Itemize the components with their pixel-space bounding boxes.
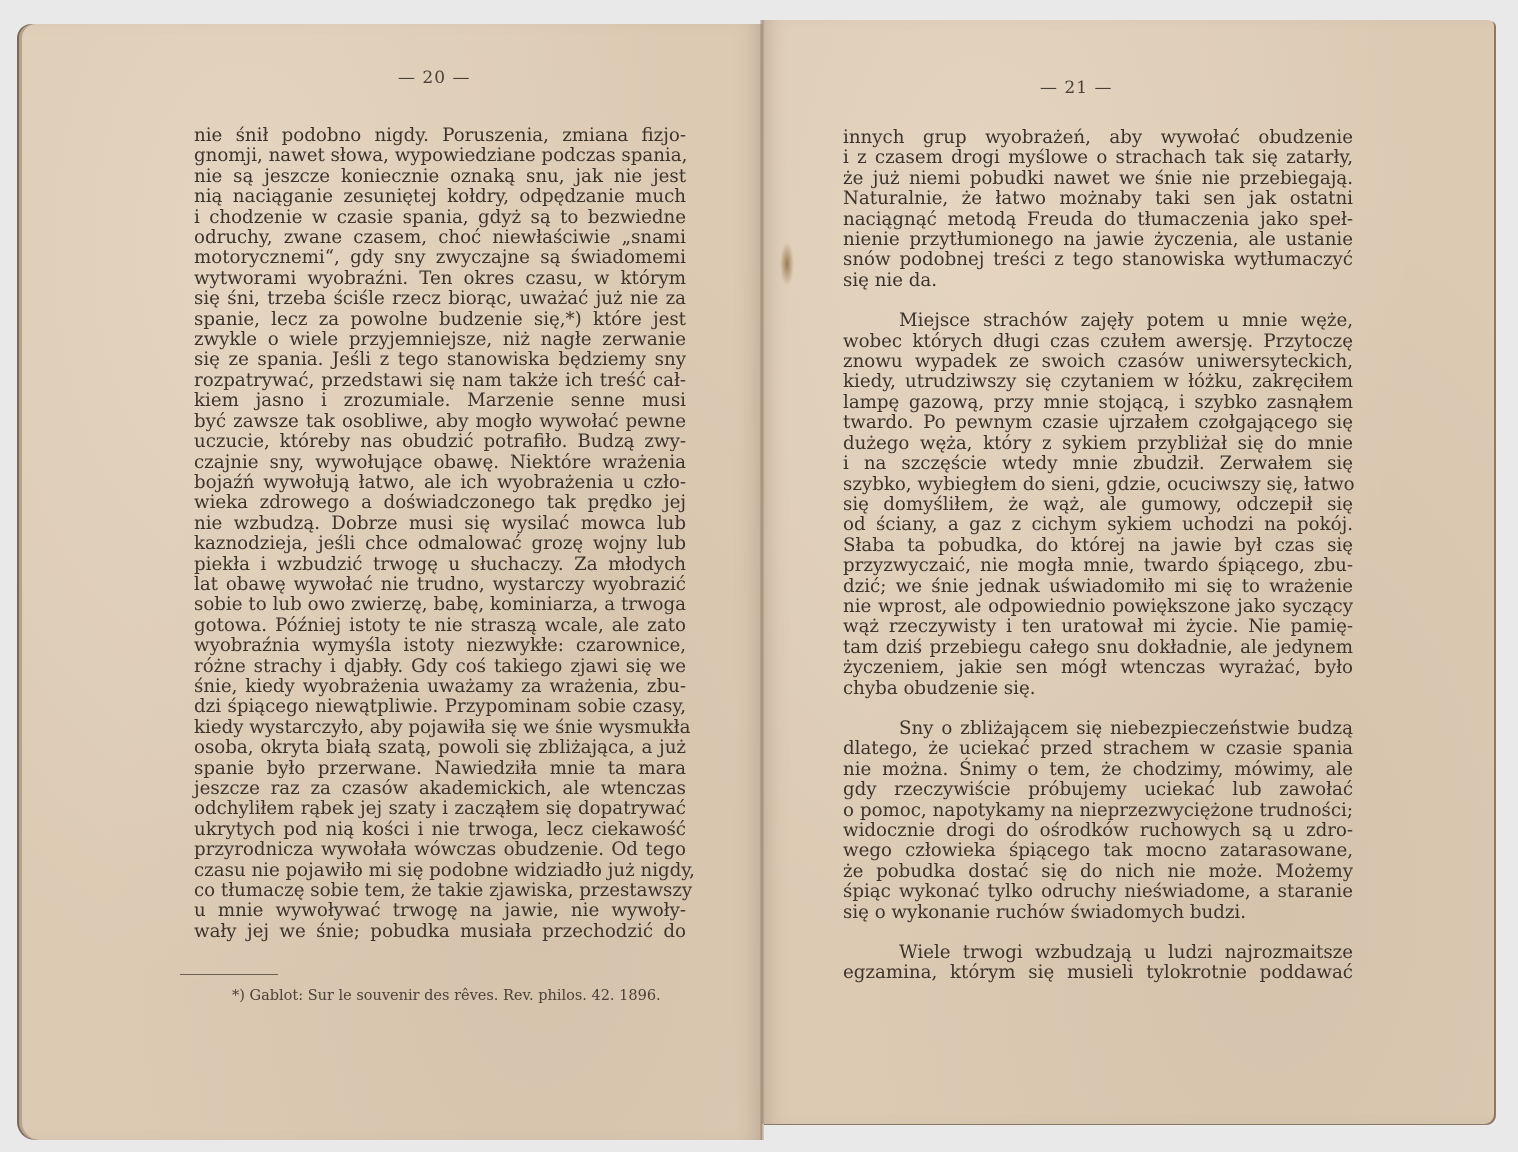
text-line: spanie, lecz za powolne budzenie się,*) …	[194, 310, 686, 330]
text-line: przyrodnicza wywołała wówczas obudzenie.…	[194, 840, 686, 860]
paragraph-gap	[843, 699, 1353, 719]
paragraph: innych grup wyobrażeń, aby wywołać obudz…	[843, 128, 1353, 291]
paragraph-gap	[843, 291, 1353, 311]
text-line: nienie przytłumionego na jawie życzenia,…	[843, 230, 1353, 250]
text-line: lampę gazową, przy mnie stojącą, i szybk…	[843, 393, 1353, 413]
text-line: dzi śpiącego niewątpliwie. Przypominam s…	[194, 697, 686, 717]
text-line: kaznodzieja, jeśli chce odmalować grozę …	[194, 534, 686, 554]
text-line: o pomoc, napotykamy na nieprzezwyciężone…	[843, 801, 1353, 821]
text-line: znowu wypadek ze swoich czasów uniwersyt…	[843, 352, 1353, 372]
text-line: wego człowieka śpiącego tak mocno zatara…	[843, 841, 1353, 861]
text-line: odruchy, zwane czasem, choć niewłaściwie…	[194, 228, 686, 248]
text-line: nie śnił podobno nigdy. Poruszenia, zmia…	[194, 126, 686, 146]
right-page-number: — 21 —	[1040, 78, 1112, 98]
text-line: gnomji, nawet słowa, wypowiedziane podcz…	[194, 146, 686, 166]
paragraph-gap	[843, 923, 1353, 943]
text-line: spanie było przerwane. Nawiedziła mnie t…	[194, 759, 686, 779]
paragraph: Sny o zbliżającem się niebezpieczeństwie…	[843, 719, 1353, 923]
text-line: że już niemi pobudki nawet we śnie nie p…	[843, 169, 1353, 189]
text-line: wobec których długi czas czułem awersję.…	[843, 332, 1353, 352]
text-line: wyobraźnia wymyśla istoty niezwykłe: cza…	[194, 636, 686, 656]
text-line: nie wzbudzą. Dobrze musi się wysilać mow…	[194, 514, 686, 534]
text-line: i chodzenie w czasie spania, gdyż są to …	[194, 208, 686, 228]
text-line: bojaźń wywołują łatwo, ale ich wyobrażen…	[194, 473, 686, 493]
text-line: dlatego, że uciekać przed strachem w cza…	[843, 739, 1353, 759]
text-line: się o wykonanie ruchów świadomych budzi.	[843, 903, 1353, 923]
text-line: czasu nie pojawiło mi się podobne widzia…	[194, 861, 686, 881]
text-line: lat obawę wywołać nie trudno, wystarczy …	[194, 575, 686, 595]
book-spine	[760, 20, 764, 1140]
text-line: uczucie, któreby nas obudzić potrafiło. …	[194, 432, 686, 452]
text-line: różne strachy i djabły. Gdy coś takiego …	[194, 657, 686, 677]
text-line: co tłumaczę sobie tem, że takie zjawiska…	[194, 881, 686, 901]
left-page-number: — 20 —	[398, 68, 470, 88]
text-line: przyzwyczaić, nie mogła mnie, twardo śpi…	[843, 556, 1353, 576]
text-line: wytworami wyobraźni. Ten okres czasu, w …	[194, 269, 686, 289]
text-line: zwykle o wiele przyjemniejsze, niż nagłe…	[194, 330, 686, 350]
left-page-body: nie śnił podobno nigdy. Poruszenia, zmia…	[194, 126, 686, 942]
text-line: Naturalnie, że łatwo możnaby taki sen ja…	[843, 189, 1353, 209]
text-line: Sny o zbliżającem się niebezpieczeństwie…	[843, 719, 1353, 739]
text-line: motorycznemi“, gdy sny zwyczajne są świa…	[194, 248, 686, 268]
text-line: sobie to lub owo zwierzę, babę, kominiar…	[194, 595, 686, 615]
text-line: snów podobnej treści z tego stanowiska w…	[843, 250, 1353, 270]
text-line: kiem jasno i zrozumiale. Marzenie senne …	[194, 391, 686, 411]
text-line: wąż rzeczywisty i ten uratował mi życie.…	[843, 617, 1353, 637]
text-line: szybko, wybiegłem do sieni, gdzie, ocuci…	[843, 475, 1353, 495]
paper-stain	[780, 242, 794, 286]
text-line: twardo. Po pewnym czasie ujrzałem czołga…	[843, 413, 1353, 433]
text-line: jeszcze raz za czasów akademickich, ale …	[194, 779, 686, 799]
text-line: widocznie drogi do ośrodków ruchowych są…	[843, 821, 1353, 841]
text-line: i na szczęście wtedy mnie zbudził. Zerwa…	[843, 454, 1353, 474]
text-line: tam dziś przebiegu całego snu dokładnie,…	[843, 638, 1353, 658]
text-line: innych grup wyobrażeń, aby wywołać obudz…	[843, 128, 1353, 148]
text-line: Wiele trwogi wzbudzają u ludzi najrozmai…	[843, 943, 1353, 963]
text-line: nie można. Śnimy o tem, że chodzimy, mów…	[843, 760, 1353, 780]
paragraph: Miejsce strachów zajęły potem u mnie węż…	[843, 311, 1353, 699]
text-line: Słaba ta pobudka, do której na jawie był…	[843, 536, 1353, 556]
text-line: że pobudka dostać się do nich nie może. …	[843, 862, 1353, 882]
text-line: u mnie wywoływać trwogę na jawie, nie wy…	[194, 901, 686, 921]
text-line: Miejsce strachów zajęły potem u mnie węż…	[843, 311, 1353, 331]
text-line: egzamina, którym się musieli tylokrotnie…	[843, 963, 1353, 983]
text-line: się ze spania. Jeśli z tego stanowiska b…	[194, 350, 686, 370]
text-line: być zawsze tak osobliwe, aby mogło wywoł…	[194, 412, 686, 432]
text-line: gdy rzeczywiście próbujemy uciekać lub z…	[843, 780, 1353, 800]
text-line: piekła i wzbudzić trwogę u słuchaczy. Za…	[194, 555, 686, 575]
footnote-rule	[180, 974, 278, 975]
text-line: dzić; we śnie jednak uświadomiło mi się …	[843, 577, 1353, 597]
text-line: się śni, trzeba ściśle rzecz biorąc, uwa…	[194, 289, 686, 309]
text-line: czajnie sny, wywołujące obawę. Niektóre …	[194, 453, 686, 473]
text-line: ukrytych pod nią kości i nie trwoga, lec…	[194, 820, 686, 840]
text-line: nie są jeszcze koniecznie oznaką snu, ja…	[194, 167, 686, 187]
text-line: życzeniem, jakie sen mógł wtenczas wyraż…	[843, 658, 1353, 678]
text-line: śpiąc wykonać tylko odruchy nieświadome,…	[843, 882, 1353, 902]
text-line: kiedy wystarczyło, aby pojawiła się we ś…	[194, 718, 686, 738]
text-line: się domyśliłem, że wąż, ale gumowy, odcz…	[843, 495, 1353, 515]
text-line: się nie da.	[843, 271, 1353, 291]
text-line: od ściany, a gaz z cichym sykiem uchodzi…	[843, 515, 1353, 535]
right-page-body: innych grup wyobrażeń, aby wywołać obudz…	[843, 128, 1353, 984]
text-line: rozpatrywać, przedstawi się nam także ic…	[194, 371, 686, 391]
footnote: *) Gablot: Sur le souvenir des rêves. Re…	[232, 988, 661, 1004]
text-line: osoba, okryta białą szatą, powoli się zb…	[194, 738, 686, 758]
text-line: nie wprost, ale odpowiednio powiększone …	[843, 597, 1353, 617]
text-line: wieka zdrowego a doświadczonego tak pręd…	[194, 493, 686, 513]
text-line: naciągnąć metodą Freuda do tłumaczenia j…	[843, 210, 1353, 230]
text-line: śnie, kiedy wyobrażenia uważamy za wraże…	[194, 677, 686, 697]
text-line: chyba obudzenie się.	[843, 679, 1353, 699]
text-line: dużego węża, który z sykiem przybliżał s…	[843, 434, 1353, 454]
text-line: nią naciąganie zesuniętej kołdry, odpędz…	[194, 187, 686, 207]
paragraph: Wiele trwogi wzbudzają u ludzi najrozmai…	[843, 943, 1353, 984]
text-line: kiedy, utrudziwszy się czytaniem w łóżku…	[843, 372, 1353, 392]
text-line: gotowa. Później istoty te nie straszą wc…	[194, 616, 686, 636]
text-line: i z czasem drogi myślowe o strachach tak…	[843, 148, 1353, 168]
text-line: odchyliłem rąbek jej szaty i zacząłem si…	[194, 799, 686, 819]
text-line: wały jej we śnie; pobudka musiała przech…	[194, 922, 686, 942]
